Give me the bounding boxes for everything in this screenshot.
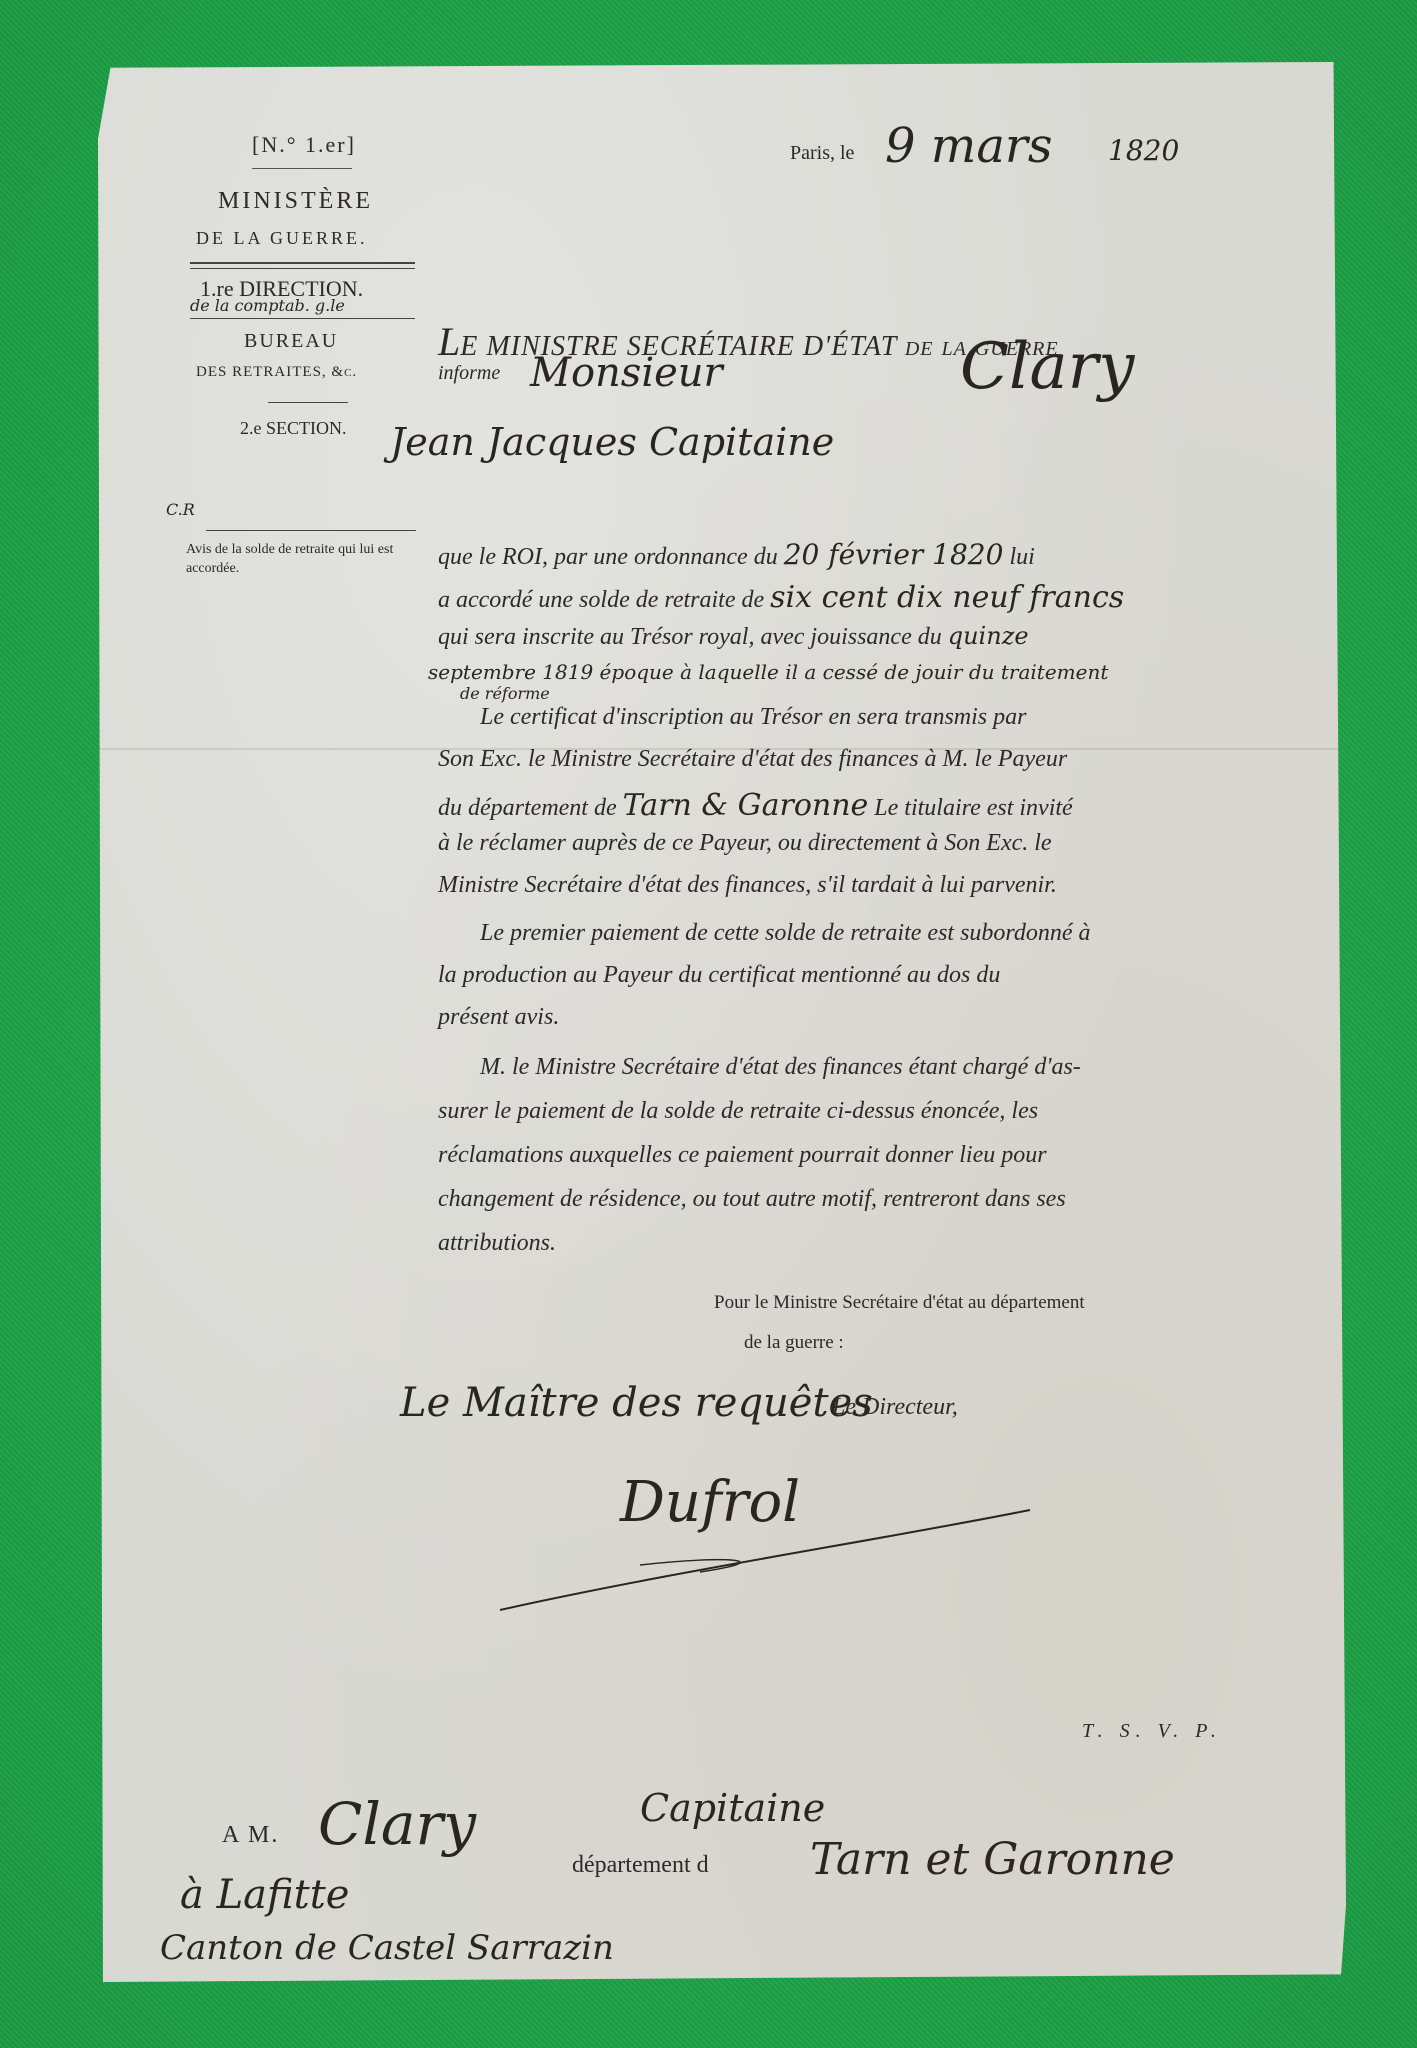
signature-pour: Pour le Ministre Secrétaire d'état au dé… — [714, 1292, 1085, 1314]
recipient-given-handwritten: Jean Jacques Capitaine — [390, 420, 834, 464]
ministry-subheading: DE LA GUERRE. — [196, 228, 368, 249]
body-line: M. le Ministre Secrétaire d'état des fin… — [480, 1054, 1081, 1081]
date-handwritten: 9 mars — [885, 118, 1053, 174]
printed-text: Le titulaire est invité — [874, 795, 1072, 821]
address-dept-label: département d — [572, 1852, 709, 1879]
body-line: la production au Payeur du certificat me… — [438, 962, 1000, 989]
informe-label: informe — [438, 362, 500, 385]
body-line: réclamations auxquelles ce paiement pour… — [438, 1142, 1047, 1169]
jouissance-handwritten-line2: septembre 1819 époque à laquelle il a ce… — [428, 660, 1108, 684]
bureau-subtitle: DES RETRAITES, &c. — [196, 364, 357, 381]
address-name-handwritten: Clary — [318, 1790, 476, 1858]
signature-flourish-icon — [480, 1500, 1040, 1620]
body-line: qui sera inscrite au Trésor royal, avec … — [438, 622, 1029, 651]
jouissance-handwritten: quinze — [948, 622, 1029, 650]
address-canton-handwritten: Canton de Castel Sarrazin — [160, 1928, 614, 1968]
form-number: [N.° 1.er] — [252, 132, 356, 158]
printed-text: qui sera inscrite au Trésor royal, avec … — [438, 624, 942, 650]
body-line: Ministre Secrétaire d'état des finances,… — [438, 872, 1057, 899]
divider — [206, 530, 416, 531]
jouissance-handwritten-line3: de réforme — [460, 684, 550, 703]
body-line: Le premier paiement de cette solde de re… — [480, 920, 1091, 947]
directeur-label: Le Directeur, — [832, 1394, 958, 1421]
drop-initial: L — [438, 319, 460, 364]
divider — [190, 262, 415, 269]
maitre-handwritten: Le Maître des requêtes — [400, 1380, 873, 1426]
body-line: à le réclamer auprès de ce Payeur, ou di… — [438, 830, 1052, 857]
signature-dept: de la guerre : — [744, 1332, 844, 1354]
section-label: 2.e SECTION. — [240, 418, 347, 439]
divider — [190, 318, 415, 319]
department-handwritten: Tarn & Garonne — [623, 788, 869, 823]
ordonnance-date-handwritten: 20 février 1820 — [784, 538, 1004, 571]
bureau-label: BUREAU — [244, 330, 338, 353]
date-label: Paris, le — [790, 142, 854, 165]
body-line: changement de résidence, ou tout autre m… — [438, 1186, 1066, 1213]
divider — [268, 402, 348, 403]
body-line: Le certificat d'inscription au Trésor en… — [480, 704, 1026, 731]
body-line: Son Exc. le Ministre Secrétaire d'état d… — [438, 746, 1067, 773]
margin-mark: C.R — [166, 500, 195, 519]
address-rank-handwritten: Capitaine — [640, 1786, 825, 1830]
ministry-heading: MINISTÈRE — [218, 188, 373, 215]
body-line: surer le paiement de la solde de retrait… — [438, 1098, 1038, 1125]
direction-handwritten: de la comptab. g.le — [190, 296, 345, 315]
address-dept-handwritten: Tarn et Garonne — [810, 1834, 1175, 1885]
body-line: du département de Tarn & Garonne Le titu… — [438, 788, 1073, 823]
printed-text: du département de — [438, 795, 617, 821]
amount-handwritten: six cent dix neuf francs — [770, 580, 1124, 615]
tsvp-label: T. S. V. P. — [1082, 1720, 1222, 1743]
printed-text: a accordé une solde de retraite de — [438, 587, 764, 613]
address-prefix: A M. — [222, 1822, 279, 1849]
date-year: 1820 — [1108, 134, 1179, 167]
body-line: a accordé une solde de retraite de six c… — [438, 580, 1124, 615]
address-town-handwritten: à Lafitte — [180, 1872, 349, 1918]
recipient-name-handwritten: Clary — [960, 330, 1134, 404]
divider — [252, 168, 352, 169]
body-line: que le ROI, par une ordonnance du 20 fév… — [438, 538, 1035, 571]
printed-text: que le ROI, par une ordonnance du — [438, 544, 778, 570]
salutation-handwritten: Monsieur — [530, 350, 723, 396]
body-line: présent avis. — [438, 1004, 559, 1031]
printed-text: lui — [1009, 544, 1034, 570]
body-line: attributions. — [438, 1230, 556, 1257]
margin-note: Avis de la solde de retraite qui lui est… — [186, 540, 426, 578]
